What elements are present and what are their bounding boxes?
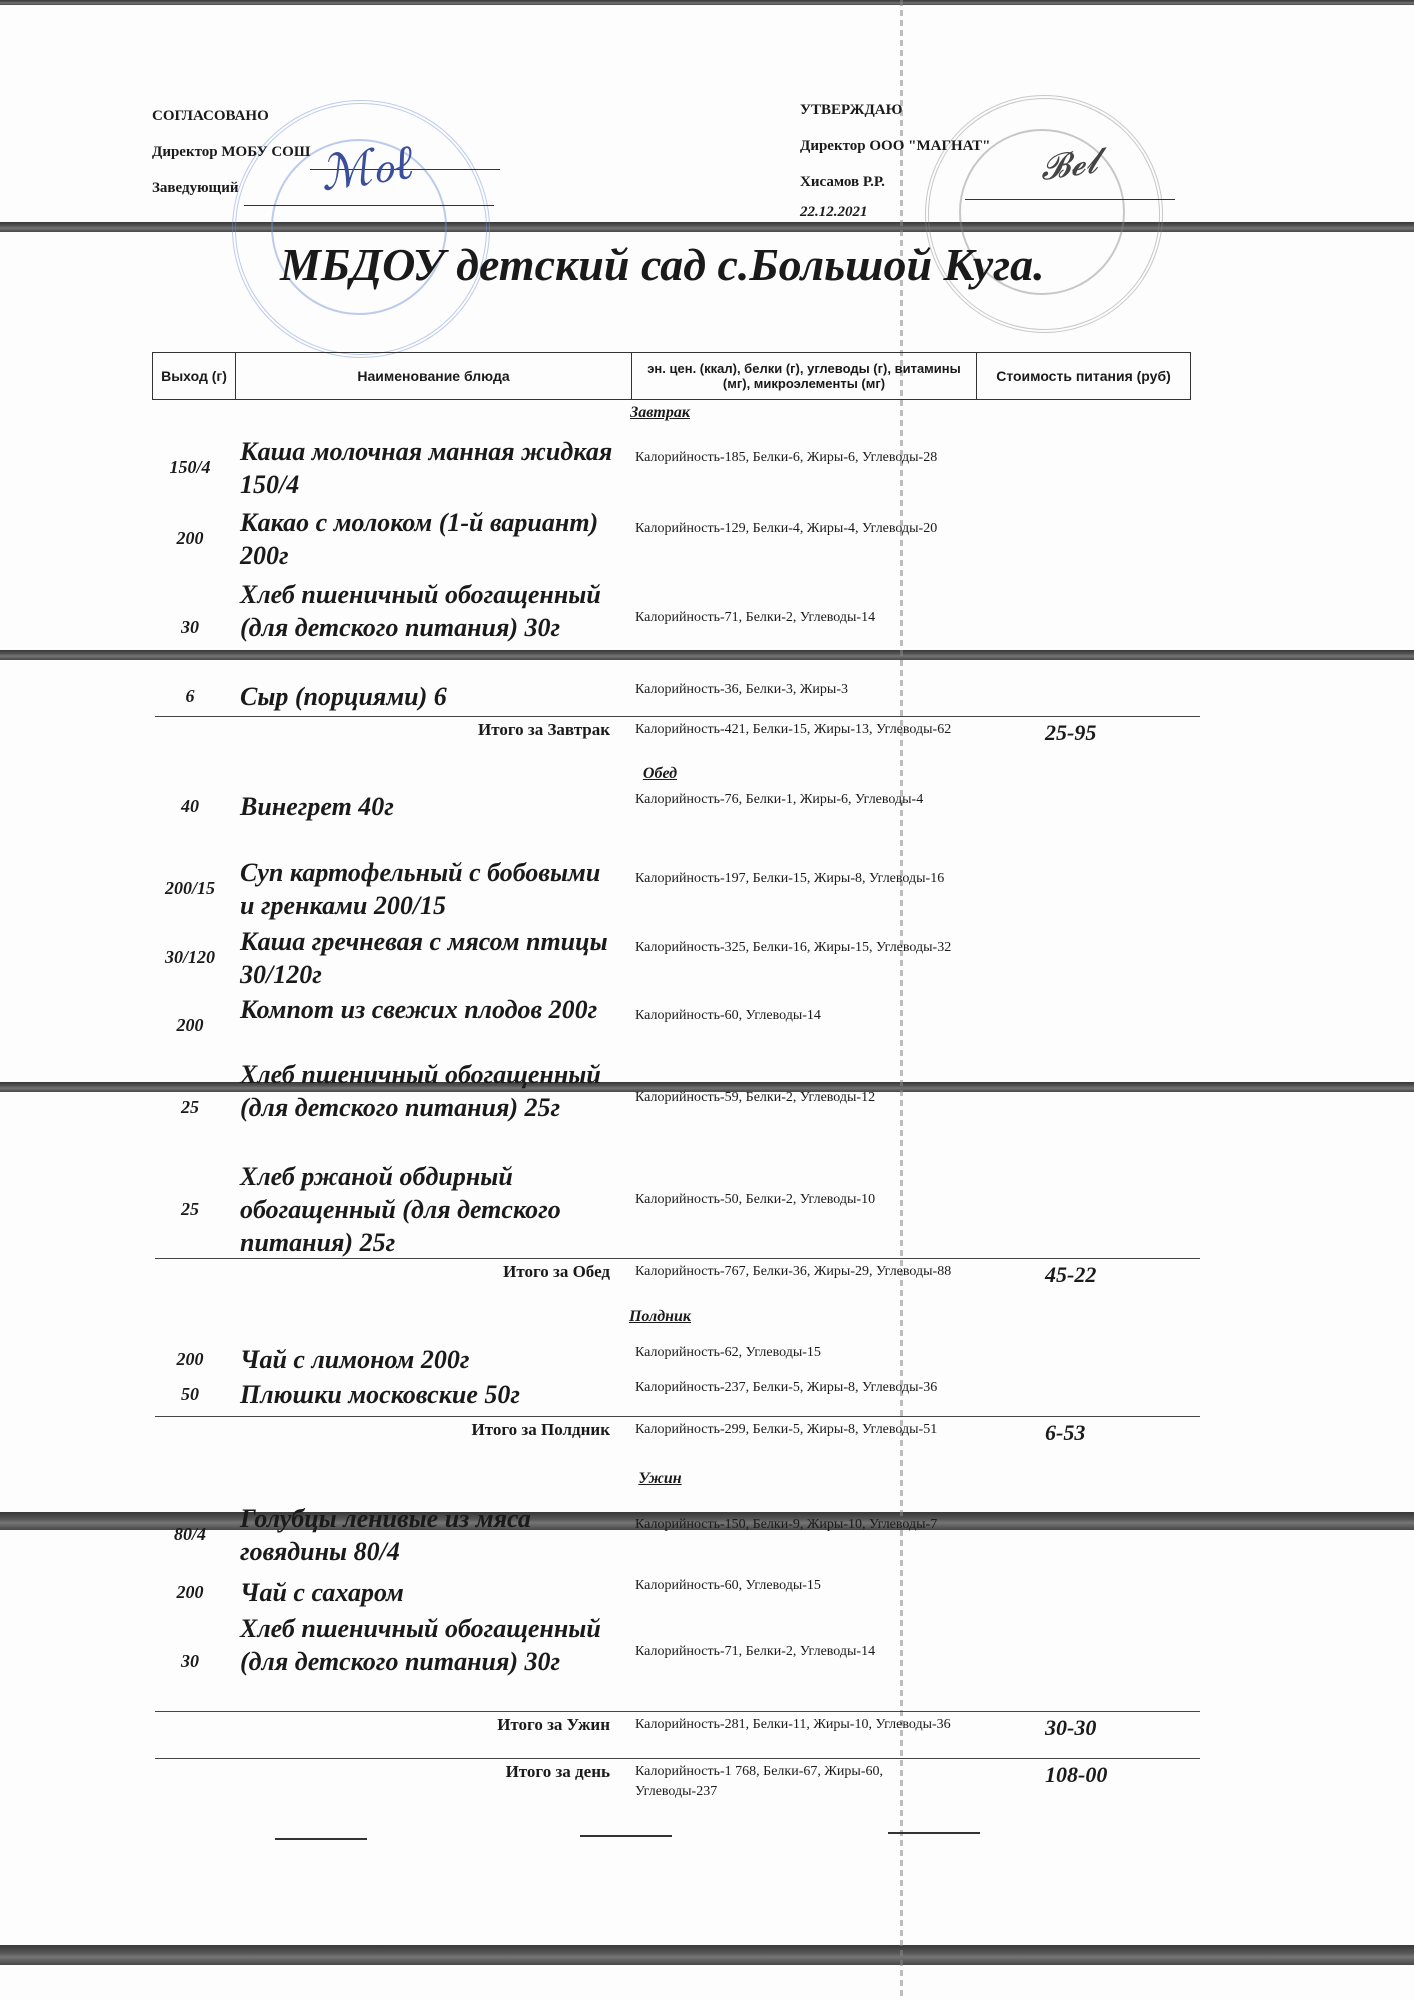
dish-name: Хлеб пшеничный обогащенный (для детского… — [240, 1058, 620, 1124]
dish-name: Каша молочная манная жидкая 150/4 — [240, 435, 620, 501]
table-row: 200Компот из свежих плодов 200гКалорийно… — [150, 993, 1210, 1059]
dish-nutrition: Калорийность-60, Углеводы-14 — [635, 1006, 965, 1026]
dish-nutrition: Калорийность-150, Белки-9, Жиры-10, Угле… — [635, 1515, 965, 1535]
table-row: 30/120Каша гречневая с мясом птицы 30/12… — [150, 925, 1210, 991]
signature-line — [580, 1835, 672, 1837]
total-label: Итого за Ужин — [497, 1715, 610, 1735]
total-cost: 6-53 — [1045, 1420, 1165, 1446]
signature-line — [244, 205, 494, 206]
dish-nutrition: Калорийность-237, Белки-5, Жиры-8, Углев… — [635, 1378, 965, 1398]
header-nutrition: эн. цен. (ккал), белки (г), углеводы (г)… — [632, 353, 977, 400]
table-row: 80/4Голубцы ленивые из мяса говядины 80/… — [150, 1502, 1210, 1568]
dish-name: Каша гречневая с мясом птицы 30/120г — [240, 925, 620, 991]
divider — [155, 1758, 1200, 1759]
table-row: 25Хлеб ржаной обдирный обогащенный (для … — [150, 1160, 1210, 1259]
section-heading: Обед — [160, 765, 1160, 783]
approval-right-position: Директор ООО "МАГНАТ" — [800, 128, 1175, 164]
dish-nutrition: Калорийность-36, Белки-3, Жиры-3 — [635, 680, 965, 700]
header-dish: Наименование блюда — [236, 353, 632, 400]
day-total-cost: 108-00 — [1045, 1762, 1165, 1788]
approval-right-name: Хисамов Р.Р. — [800, 174, 885, 190]
table-row: 30Хлеб пшеничный обогащенный (для детско… — [150, 578, 1210, 677]
dish-yield: 25 — [150, 1199, 230, 1220]
table-row: 50Плюшки московские 50гКалорийность-237,… — [150, 1378, 1210, 1411]
approval-right-date: 22.12.2021 — [800, 200, 1175, 224]
dish-nutrition: Калорийность-59, Белки-2, Углеводы-12 — [635, 1088, 965, 1108]
table-row: 30Хлеб пшеничный обогащенный (для детско… — [150, 1612, 1210, 1711]
dish-name: Чай с лимоном 200г — [240, 1343, 620, 1376]
document-title: МБДОУ детский сад с.Большой Куга. — [280, 238, 1045, 291]
dish-name: Хлеб пшеничный обогащенный (для детского… — [240, 1612, 620, 1678]
table-row: 200Чай с сахаромКалорийность-60, Углевод… — [150, 1576, 1210, 1609]
table-row: 40Винегрет 40гКалорийность-76, Белки-1, … — [150, 790, 1210, 823]
dish-yield: 200 — [150, 528, 230, 549]
dish-nutrition: Калорийность-71, Белки-2, Углеводы-14 — [635, 1642, 965, 1662]
total-row: Итого за ОбедКалорийность-767, Белки-36,… — [150, 1262, 1210, 1306]
dish-nutrition: Калорийность-129, Белки-4, Жиры-4, Углев… — [635, 519, 965, 539]
total-label: Итого за Полдник — [472, 1420, 611, 1440]
total-cost: 45-22 — [1045, 1262, 1165, 1288]
dish-name: Голубцы ленивые из мяса говядины 80/4 — [240, 1502, 620, 1568]
dish-yield: 150/4 — [150, 457, 230, 478]
dish-nutrition: Калорийность-325, Белки-16, Жиры-15, Угл… — [635, 938, 965, 958]
dish-name: Хлеб пшеничный обогащенный (для детского… — [240, 578, 620, 644]
table-row: 6Сыр (порциями) 6Калорийность-36, Белки-… — [150, 680, 1210, 713]
section-heading: Полдник — [160, 1308, 1160, 1326]
dish-yield: 200 — [150, 1582, 230, 1603]
signature-line — [965, 199, 1175, 200]
divider — [155, 1258, 1200, 1259]
divider — [155, 716, 1200, 717]
dish-yield: 25 — [150, 1097, 230, 1118]
approval-left-position: Директор МОБУ СОШ — [152, 144, 310, 160]
dish-nutrition: Калорийность-76, Белки-1, Жиры-6, Углево… — [635, 790, 965, 810]
total-nutrition: Калорийность-767, Белки-36, Жиры-29, Угл… — [635, 1262, 965, 1282]
total-label: Итого за Завтрак — [478, 720, 610, 740]
dish-yield: 200 — [150, 1349, 230, 1370]
total-label: Итого за Обед — [503, 1262, 610, 1282]
dish-yield: 30 — [150, 1651, 230, 1672]
dish-name: Плюшки московские 50г — [240, 1378, 620, 1411]
dish-yield: 30 — [150, 617, 230, 638]
table-row: 200Чай с лимоном 200гКалорийность-62, Уг… — [150, 1343, 1210, 1376]
approval-right-heading: УТВЕРЖДАЮ — [800, 92, 1175, 128]
approval-left-heading: СОГЛАСОВАНО — [152, 98, 500, 134]
total-cost: 30-30 — [1045, 1715, 1165, 1741]
dish-nutrition: Калорийность-185, Белки-6, Жиры-6, Углев… — [635, 448, 965, 468]
scan-artifact-band — [0, 1945, 1414, 1965]
section-heading: Ужин — [160, 1470, 1160, 1488]
dish-yield: 80/4 — [150, 1524, 230, 1545]
approval-right: УТВЕРЖДАЮ Директор ООО "МАГНАТ" Хисамов … — [800, 92, 1175, 224]
total-cost: 25-95 — [1045, 720, 1165, 746]
table-header: Выход (г) Наименование блюда эн. цен. (к… — [152, 352, 1191, 400]
scan-artifact-band — [0, 222, 1414, 232]
dish-nutrition: Калорийность-197, Белки-15, Жиры-8, Угле… — [635, 869, 965, 889]
table-row: 200/15 Суп картофельный с бобовыми и гре… — [150, 856, 1210, 922]
section-heading: Завтрак — [160, 404, 1160, 422]
divider — [155, 1711, 1200, 1712]
dish-nutrition: Калорийность-50, Белки-2, Углеводы-10 — [635, 1190, 965, 1210]
dish-yield: 6 — [150, 686, 230, 707]
scan-artifact-band — [0, 0, 1414, 5]
total-nutrition: Калорийность-421, Белки-15, Жиры-13, Угл… — [635, 720, 965, 740]
dish-nutrition: Калорийность-71, Белки-2, Углеводы-14 — [635, 608, 965, 628]
day-total-nutrition: Калорийность-1 768, Белки-67, Жиры-60, У… — [635, 1762, 965, 1802]
dish-yield: 200/15 — [150, 878, 230, 899]
signature-line — [888, 1832, 980, 1834]
dish-name: Какао с молоком (1-й вариант) 200г — [240, 506, 620, 572]
total-row: Итого за ПолдникКалорийность-299, Белки-… — [150, 1420, 1210, 1464]
header-yield: Выход (г) — [153, 353, 236, 400]
header-cost: Стоимость питания (руб) — [977, 353, 1191, 400]
dish-name: Хлеб ржаной обдирный обогащенный (для де… — [240, 1160, 620, 1259]
day-total-label: Итого за день — [506, 1762, 610, 1782]
total-nutrition: Калорийность-281, Белки-11, Жиры-10, Угл… — [635, 1715, 965, 1735]
signature-right: 𝓑𝓮𝓵 — [1037, 141, 1100, 189]
dish-name: Сыр (порциями) 6 — [240, 680, 620, 713]
total-row: Итого за ЗавтракКалорийность-421, Белки-… — [150, 720, 1210, 764]
signature-line — [275, 1838, 367, 1840]
dish-nutrition: Калорийность-60, Углеводы-15 — [635, 1576, 965, 1596]
dish-yield: 40 — [150, 796, 230, 817]
day-total-row: Итого за деньКалорийность-1 768, Белки-6… — [150, 1762, 1210, 1806]
dish-name: Компот из свежих плодов 200г — [240, 993, 620, 1026]
dish-name: Чай с сахаром — [240, 1576, 620, 1609]
total-row: Итого за УжинКалорийность-281, Белки-11,… — [150, 1715, 1210, 1759]
dish-yield: 30/120 — [150, 947, 230, 968]
table-row: 150/4Каша молочная манная жидкая 150/4Ка… — [150, 435, 1210, 501]
dish-name: Винегрет 40г — [240, 790, 620, 823]
dish-nutrition: Калорийность-62, Углеводы-15 — [635, 1343, 965, 1363]
dish-yield: 200 — [150, 1015, 230, 1036]
table-row: 25Хлеб пшеничный обогащенный (для детско… — [150, 1058, 1210, 1157]
dish-yield: 50 — [150, 1384, 230, 1405]
table-row: 200Какао с молоком (1-й вариант) 200гКал… — [150, 506, 1210, 572]
approval-left-role: Заведующий — [152, 180, 238, 196]
divider — [155, 1416, 1200, 1417]
dish-name: Суп картофельный с бобовыми и гренками 2… — [240, 856, 620, 922]
total-nutrition: Калорийность-299, Белки-5, Жиры-8, Углев… — [635, 1420, 965, 1440]
